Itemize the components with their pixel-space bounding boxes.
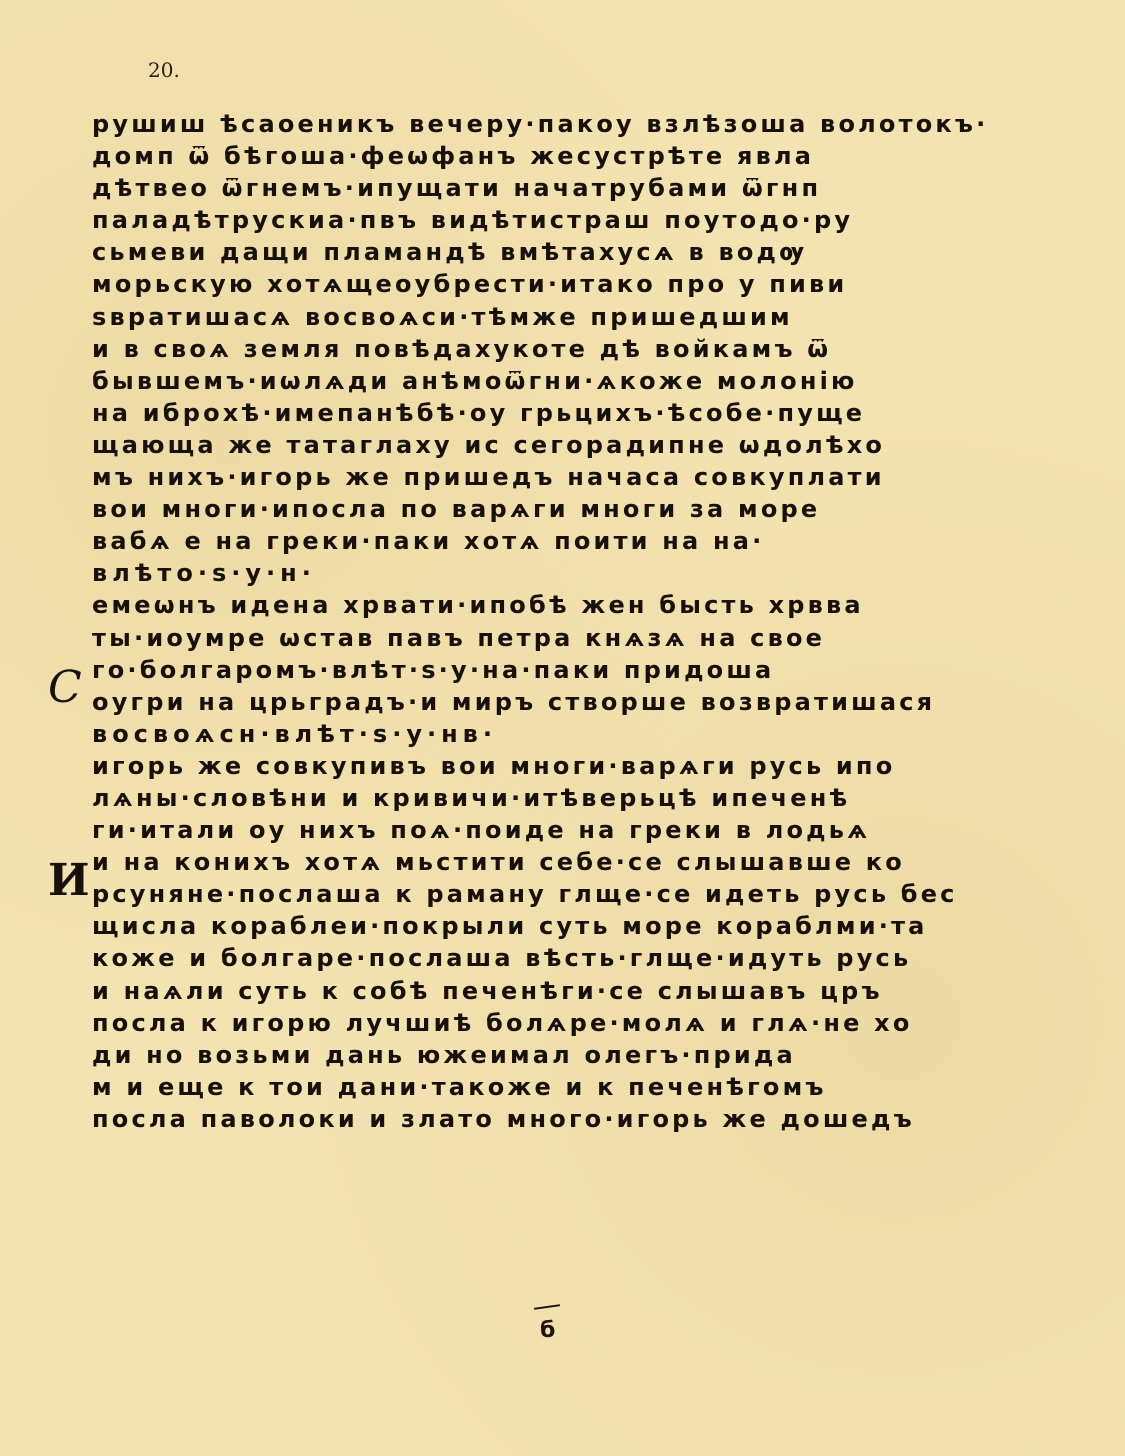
marginal-initial-i: И <box>48 855 90 906</box>
page-number: 20. <box>148 58 180 82</box>
manuscript-line: лѧны·словѣни и кривичи·итѣверьцѣ ипеченѣ <box>92 782 1102 814</box>
manuscript-line: коже и болгаре·послаша вѣсть·глще·идуть … <box>92 942 1102 974</box>
manuscript-line: посла к игорю лучшиѣ болѧре·молѧ и глѧ·н… <box>92 1007 1102 1039</box>
manuscript-line: бывшемъ·иѡлѧди анѣмоѿгни·ѧкоже молонію <box>92 365 1102 397</box>
manuscript-line: м и еще к тои дани·такоже и к печенѣгомъ <box>92 1071 1102 1103</box>
manuscript-line: мъ нихъ·игорь же пришедъ начаса совкупла… <box>92 461 1102 493</box>
manuscript-line: вабѧ е на греки·паки хотѧ поити на на· <box>92 525 1102 557</box>
manuscript-line: ги·итали оу нихъ поѧ·поиде на греки в ло… <box>92 814 1102 846</box>
manuscript-line: щающа же татаглаху ис сегорадипне ѡдолѣх… <box>92 429 1102 461</box>
manuscript-line: ты·иоумре ѡстав павъ петра кнѧзѧ на своe <box>92 622 1102 654</box>
manuscript-line: го·болгаромъ·влѣт·ѕ·у·на·паки придоша <box>92 654 1102 686</box>
manuscript-line: и на конихъ хотѧ мьстити себе·се слышавш… <box>92 846 1102 878</box>
manuscript-line: на иброхѣ·имепанѣбѣ·оу грьцихъ·ѣсобе·пущ… <box>92 397 1102 429</box>
manuscript-line: дѣтвео ѿгнемъ·ипущати начатрубами ѿгнп <box>92 172 1102 204</box>
manuscript-line: морьскую хотѧщеоубрести·итако про у пиви <box>92 268 1102 300</box>
manuscript-line: емеѡнъ идена хрвати·ипобѣ жен бысть хрвв… <box>92 589 1102 621</box>
manuscript-line: посла паволоки и злато много·игорь же до… <box>92 1103 1102 1135</box>
manuscript-line: рсуняне·послаша к раману глще·се идеть р… <box>92 878 1102 910</box>
manuscript-line: ди но возьми дань южеимал олегъ·прида <box>92 1039 1102 1071</box>
manuscript-line: восвоѧсн·влѣт·ѕ·у·нв· <box>92 718 1102 750</box>
manuscript-line: и наѧли суть к собѣ печенѣги·се слышавъ … <box>92 975 1102 1007</box>
manuscript-line: игорь же совкупивъ вои многи·варѧги русь… <box>92 750 1102 782</box>
signature-mark: б <box>540 1318 555 1343</box>
manuscript-line: домп ѿ бѣгоша·феѡфанъ жесустрѣте явла <box>92 140 1102 172</box>
manuscript-line: щисла кораблеи·покрыли суть море кораблм… <box>92 910 1102 942</box>
manuscript-line: влѣто·ѕ·у·н· <box>92 557 1102 589</box>
manuscript-line: ѕвратишасѧ восвоѧси·тѣмже пришедшим <box>92 301 1102 333</box>
manuscript-line: вои многи·ипоcла по варѧги многи за море <box>92 493 1102 525</box>
manuscript-line: сьмеви дащи пламандѣ вмѣтахусѧ в водѹ <box>92 236 1102 268</box>
manuscript-line: и в своѧ земля повѣдахукоте дѣ войкамъ ѿ <box>92 333 1102 365</box>
manuscript-line: паладѣтрускиа·пвъ видѣтистраш поутодо·ру <box>92 204 1102 236</box>
marginal-initial-s: С <box>48 662 82 713</box>
manuscript-line: рушиш ѣсаоеникъ вечеру·пакоу взлѣзоша во… <box>92 108 1102 140</box>
manuscript-text: рушиш ѣсаоеникъ вечеру·пакоу взлѣзоша во… <box>92 108 1102 1135</box>
manuscript-line: оугри на црьградъ·и миръ створше возврат… <box>92 686 1102 718</box>
